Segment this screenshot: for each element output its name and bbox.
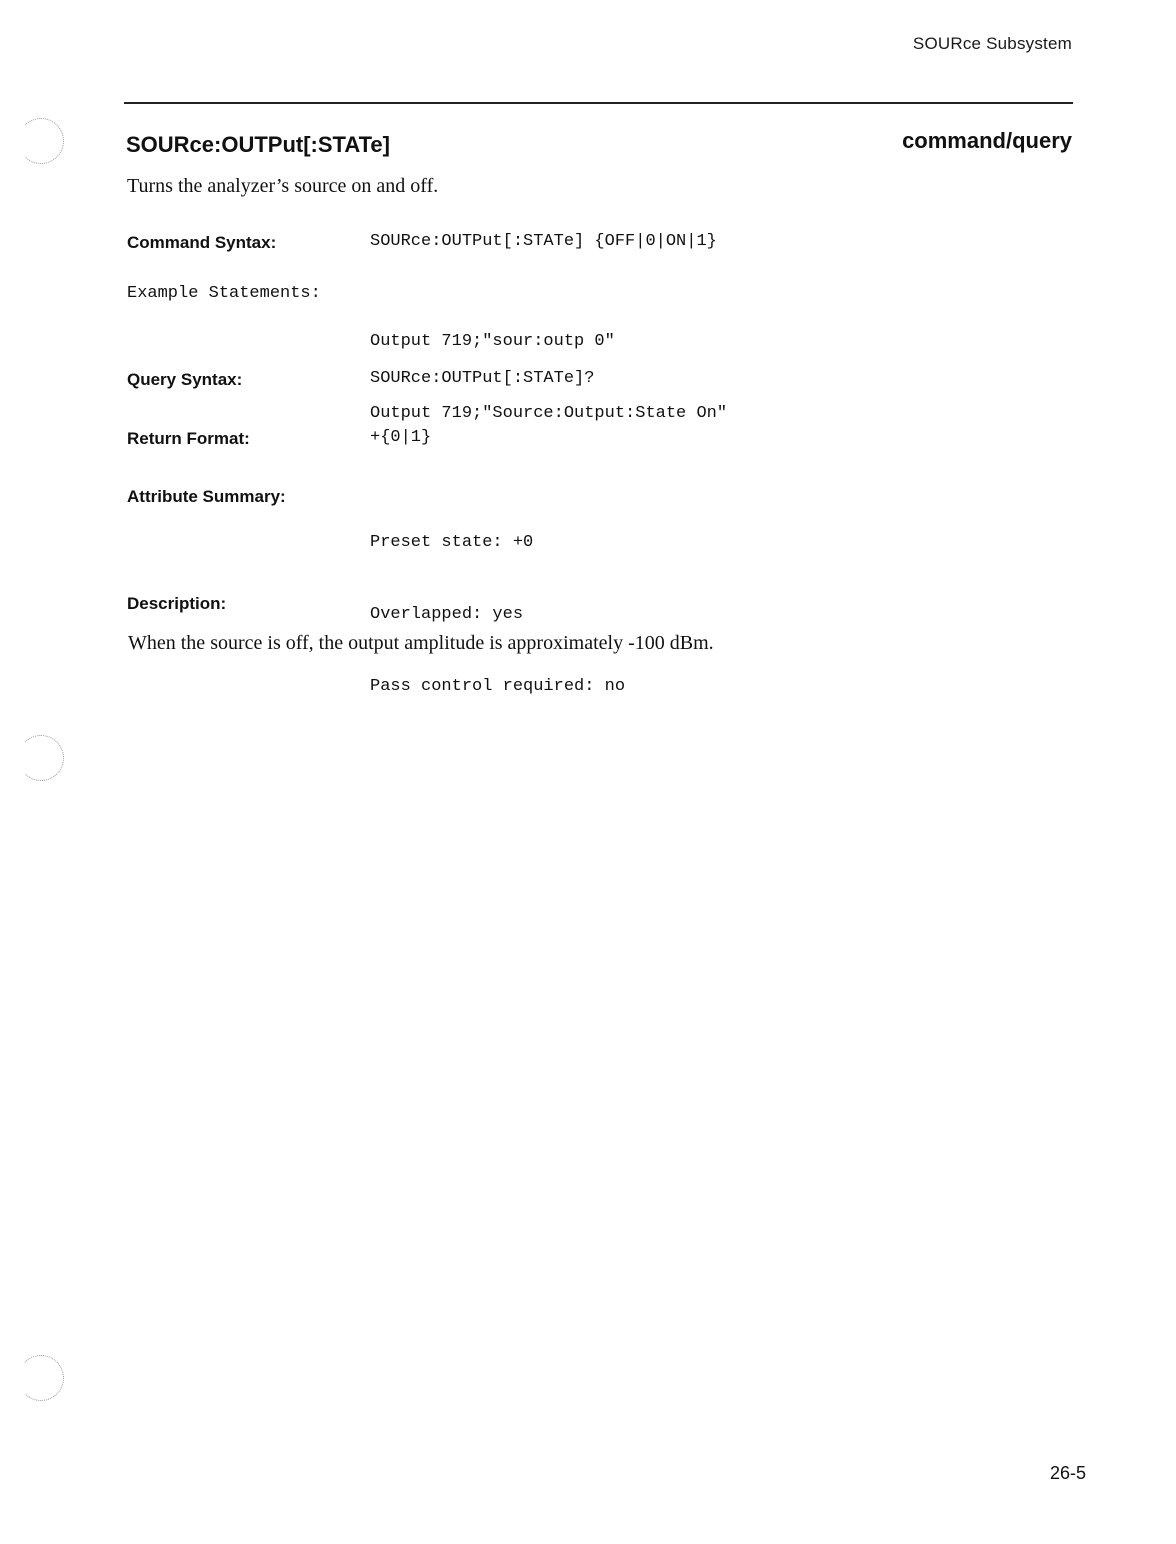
- punch-hole-middle: [18, 735, 64, 781]
- attribute-line: Pass control required: no: [370, 675, 625, 699]
- command-title: SOURce:OUTPut[:STATe]: [126, 132, 390, 158]
- running-header: SOURce Subsystem: [913, 34, 1072, 54]
- attribute-summary-label: Attribute Summary:: [127, 487, 286, 507]
- command-summary: Turns the analyzer’s source on and off.: [127, 175, 438, 198]
- command-syntax-label: Command Syntax:: [127, 233, 276, 253]
- command-type: command/query: [902, 128, 1072, 154]
- punch-hole-bottom: [18, 1355, 64, 1401]
- header-rule: [124, 102, 1073, 104]
- description-label: Description:: [127, 594, 226, 614]
- example-statements-value: Output 719;"sour:outp 0" Output 719;"Sou…: [370, 282, 727, 450]
- query-syntax-value: SOURce:OUTPut[:STATe]?: [370, 367, 594, 391]
- query-syntax-label: Query Syntax:: [127, 370, 242, 390]
- example-statement-line: Output 719;"Source:Output:State On": [370, 402, 727, 426]
- example-statement-line: Output 719;"sour:outp 0": [370, 330, 727, 354]
- page-number: 26-5: [1050, 1463, 1086, 1484]
- punch-hole-top: [18, 118, 64, 164]
- return-format-label: Return Format:: [127, 429, 250, 449]
- attribute-line: Preset state: +0: [370, 531, 625, 555]
- attribute-line: Overlapped: yes: [370, 603, 625, 627]
- return-format-value: +{0|1}: [370, 426, 431, 450]
- example-statements-label: Example Statements:: [127, 284, 321, 303]
- attribute-summary-value: Preset state: +0 Overlapped: yes Pass co…: [370, 483, 625, 723]
- command-syntax-value: SOURce:OUTPut[:STATe] {OFF|0|ON|1}: [370, 230, 717, 254]
- description-text: When the source is off, the output ampli…: [128, 632, 714, 655]
